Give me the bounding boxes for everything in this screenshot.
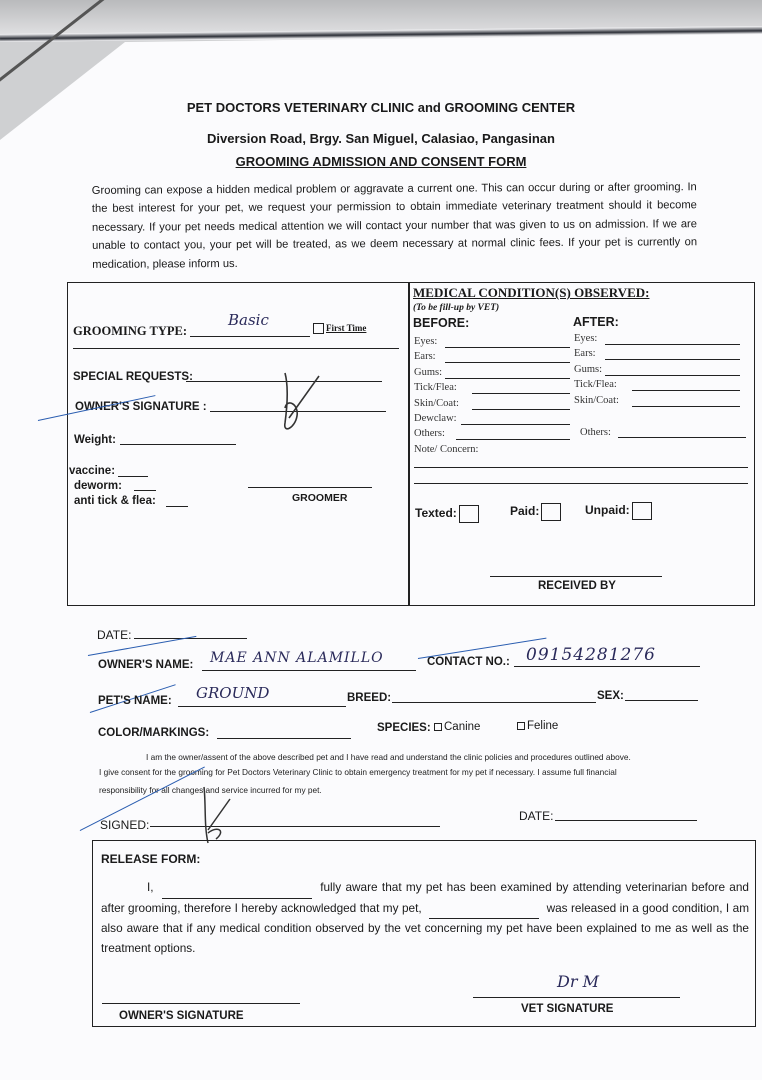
before-label: Eyes: [414,336,437,347]
note-line-1[interactable] [414,467,748,468]
species-canine-option[interactable]: Canine [434,721,480,733]
special-requests-label: SPECIAL REQUESTS: [73,371,193,383]
release-owner-signature-label: OWNER'S SIGNATURE [119,1010,244,1022]
deworm-field[interactable] [134,490,156,491]
paid-box[interactable] [541,503,561,521]
color-markings-label: COLOR/MARKINGS: [98,727,209,739]
before-field[interactable] [472,409,570,410]
anti-tick-flea-field[interactable] [166,506,188,507]
before-label: Gums: [414,367,442,378]
unpaid-checkbox[interactable]: Unpaid: [585,502,652,520]
vaccine-field[interactable] [118,476,148,477]
before-label: Others: [414,428,445,439]
box-divider [408,282,410,606]
release-text-i: I, [101,880,154,894]
after-field[interactable] [618,437,746,438]
date-label: DATE: [97,628,131,642]
medical-subtitle: (To be fill-up by VET) [413,303,499,313]
paid-label: Paid: [510,504,539,518]
after-label: Tick/Flea: [574,379,617,390]
clinic-name: PET DOCTORS VETERINARY CLINIC and GROOMI… [0,100,762,115]
intro-paragraph: Grooming can expose a hidden medical pro… [92,178,698,274]
before-label: BEFORE: [413,316,469,330]
form-title: GROOMING ADMISSION AND CONSENT FORM [0,154,762,169]
texted-box[interactable] [459,505,479,523]
after-label: AFTER: [573,315,619,329]
contact-value: 09154281276 [526,645,656,665]
consent-line-2: I give consent for the grooming for Pet … [99,767,617,777]
contact-label: CONTACT NO.: [427,656,510,668]
unpaid-box[interactable] [632,502,652,520]
after-label: Gums: [574,364,602,375]
before-field[interactable] [445,362,570,363]
consent-date-field[interactable] [555,820,697,821]
received-by-line[interactable] [490,576,662,577]
anti-tick-flea-label: anti tick & flea: [74,495,156,507]
before-label: Dewclaw: [414,413,457,424]
before-field[interactable] [461,424,570,425]
after-field[interactable] [632,406,740,407]
after-label: Skin/Coat: [574,395,619,406]
first-time-box[interactable] [313,323,324,334]
release-pet-name-field[interactable] [429,899,539,920]
color-markings-field[interactable] [217,738,351,739]
pet-name-value: GROUND [196,684,269,702]
feline-checkbox[interactable] [517,722,525,730]
species-label: SPECIES: [377,722,431,734]
breed-field[interactable] [392,702,596,703]
owner-name-field[interactable] [202,670,416,671]
before-field[interactable] [472,393,570,394]
grooming-type-value: Basic [228,311,269,329]
deworm-label: deworm: [74,480,122,492]
vaccine-label: vaccine: [69,465,115,477]
release-title: RELEASE FORM: [101,852,200,866]
note-concern-label: Note/ Concern: [414,444,478,455]
vet-signature-line[interactable] [473,997,680,998]
before-label: Tick/Flea: [414,382,457,393]
before-field[interactable] [445,347,570,348]
paid-checkbox[interactable]: Paid: [510,503,561,521]
after-field[interactable] [605,375,740,376]
vet-signature-label: VET SIGNATURE [521,1003,613,1015]
before-field[interactable] [445,378,570,379]
texted-checkbox[interactable]: Texted: [415,505,479,523]
feline-label: Feline [527,720,558,732]
received-by-label: RECEIVED BY [538,580,616,592]
owner-name-value: MAE ANN ALAMILLO [210,650,384,666]
signature-scribble-icon [275,368,325,436]
first-time-checkbox[interactable]: First Time [313,323,366,334]
owner-name-label: OWNER'S NAME: [98,659,193,671]
vet-signature-value: Dr M [557,972,599,991]
grooming-type-field[interactable] [190,336,310,337]
consent-date-label: DATE: [519,809,553,823]
release-owner-name-field[interactable] [162,878,312,899]
breed-label: BREED: [347,692,391,704]
unpaid-label: Unpaid: [585,503,630,517]
after-field[interactable] [605,344,740,345]
after-label: Eyes: [574,333,597,344]
after-field[interactable] [605,359,740,360]
release-paragraph: I, fully aware that my pet has been exam… [101,878,749,958]
species-feline-option[interactable]: Feline [517,720,558,732]
weight-label: Weight: [74,434,116,446]
groomer-signature-line[interactable] [248,487,372,488]
after-field[interactable] [632,390,740,391]
before-label: Ears: [414,351,436,362]
medical-title: MEDICAL CONDITION(S) OBSERVED: [413,285,649,301]
consent-line-1: I am the owner/assent of the above descr… [146,752,631,762]
grooming-type-label: GROOMING TYPE: [73,324,187,339]
signed-label: SIGNED: [100,818,149,832]
canine-label: Canine [444,721,480,733]
note-line-2[interactable] [414,483,748,484]
weight-field[interactable] [120,444,236,445]
first-time-label: First Time [326,323,366,333]
after-label: Others: [580,427,611,438]
groomer-label: GROOMER [292,492,347,504]
texted-label: Texted: [415,506,457,520]
before-field[interactable] [456,439,570,440]
grooming-extra-line [73,348,399,349]
pet-name-field[interactable] [178,706,346,707]
canine-checkbox[interactable] [434,723,442,731]
before-label: Skin/Coat: [414,398,459,409]
contact-field[interactable] [514,666,700,667]
sex-label: SEX: [597,690,624,702]
after-label: Ears: [574,348,596,359]
sex-field[interactable] [625,700,698,701]
release-owner-signature-line[interactable] [102,1003,300,1004]
pet-name-label: PET'S NAME: [98,695,172,707]
clinic-address: Diversion Road, Brgy. San Miguel, Calasi… [0,131,762,146]
